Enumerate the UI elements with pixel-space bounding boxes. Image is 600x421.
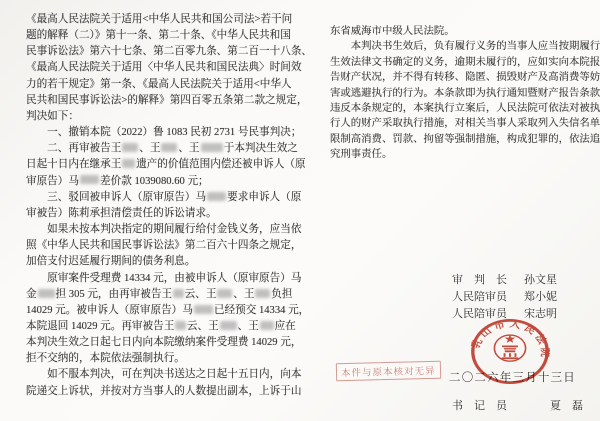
text-line: 《最高人民法院关于适用<中华人民共和国公司法>若干问 [26,12,318,28]
juror-name: 郑小妮 [524,288,557,304]
redaction-smudge [260,321,274,330]
text-line: 三、驳回被申诉人（原审原告）马要求申诉人（原 [26,190,318,206]
text-line: 限制高消费、罚款、拘留等强制措施，构成犯罪的，依法追 [330,132,598,147]
court-seal-icon: 乳山市人民法院 [470,318,550,385]
text-line: 力的若干规定》第一条、《最高人民法院关于适用<中华人 [26,77,318,93]
redaction-smudge [207,192,226,201]
text-line: 民共和国民事诉讼法>的解释》第四百零五条第二款之规定， [26,93,318,109]
text-line: 民事诉讼法》第六十七条、第二百零九条、第二百一十八条、 [26,44,318,60]
redaction-smudge [175,321,186,330]
redaction-smudge [173,289,184,298]
text-line: 14029 元。被申诉人（原审原告）马已经预交 14334 元， [26,303,318,319]
text-line: 审被告）陈莉承担清偿责任的诉讼请求。 [26,206,318,222]
text-line: 害或逃避执行的行为。本条款即为执行通知暨财产报告条款， [330,86,598,101]
text-line: 《最高人民法院关于适用〈中华人民共和国民法典〉时间效 [26,60,318,76]
juror-row: 人民陪审员郑小妮 [452,288,592,304]
left-page-text: 《最高人民法院关于适用<中华人民共和国公司法>若干问题的解释（二）》第十一条、第… [26,12,318,400]
redaction-smudge [255,289,270,298]
redaction-smudge [220,321,237,330]
text-line: 如果未按本判决指定的期间履行给付金钱义务，应当依 [26,222,318,238]
text-line: 日起十日内在继承王遗产的价值范围内偿还被申诉人（原 [26,157,318,173]
judge-row: 审 判 长孙文星 [452,271,592,287]
redaction-smudge [80,175,99,184]
redaction-smudge [122,159,135,168]
redaction-smudge [194,305,213,314]
text-line: 二、再审被告王、王、王于本判决生效之 [26,141,318,157]
redaction-smudge [217,289,232,298]
clerk-role: 书 记 员 [452,400,507,412]
judge-name: 孙文星 [524,271,557,287]
text-line: 告财产状况，并不得有转移、隐匿、损毁财产及高消费等妨 [330,70,598,85]
text-line: 照《中华人民共和国民事诉讼法》第二百六十四条之规定， [26,238,318,254]
text-line: 加倍支付迟延履行期间的债务利息。 [26,254,318,270]
text-line: 本判决生效之日起七日内向本院缴纳案件受理费 14029 元， [26,335,318,351]
text-line: 生效法律文书确定的义务，逾期未履行的，应如实向本院报 [330,55,598,70]
text-line: 本判决书生效后，负有履行义务的当事人应当按期履行 [330,39,598,54]
judgment-scan: 《最高人民法院关于适用<中华人民共和国公司法>若干问题的解释（二）》第十一条、第… [0,0,600,421]
text-line: 原审案件受理费 14334 元，由被申诉人（原审原告）马 [26,271,318,287]
clerk-name: 夏 磊 [550,400,583,412]
text-line: 审原告）马差价款 1039080.60 元； [26,174,318,190]
redaction-smudge [38,289,55,298]
text-line: 行人的财产采取执行措施，对相关当事人采取列入失信名单、 [330,116,598,131]
judge-role: 审 判 长 [452,271,524,287]
redaction-smudge [122,143,138,152]
verification-stamp: 本件与原本核对无异 [336,361,441,382]
redaction-smudge [201,143,223,152]
text-line: 拒不交纳的，本院依法强制执行。 [26,351,318,367]
text-line: 院递交上诉状，并按对方当事人的人数提出副本，上诉于山 [26,384,318,400]
text-line: 如不服本判决，可在判决书送达之日起十五日内，向本 [26,367,318,383]
text-line: 判决如下： [26,109,318,125]
text-line: 题的解释（二）》第十一条、第二十条、《中华人民共和国 [26,28,318,44]
text-line: 本院退回 14029 元。再审被告王云、王、王应在 [26,319,318,335]
right-page-text: 东省威海市中级人民法院。 本判决书生效后，负有履行义务的当事人应当按期履行生效法… [330,24,598,163]
text-line: 违反本条规定的，本案执行立案后，人民法院可依法对被执 [330,101,598,116]
national-emblem-icon [502,334,519,359]
text-line: 一、撤销本院（2022）鲁 1083 民初 2731 号民事判决； [26,125,318,141]
clerk-row: 书 记 员夏 磊 [452,397,583,413]
left-page: 《最高人民法院关于适用<中华人民共和国公司法>若干问题的解释（二）》第十一条、第… [0,0,320,421]
text-line: 究刑事责任。 [330,147,598,162]
text-line: 金担 305 元，由再审被告王云、王、王负担 [26,287,318,303]
text-line: 东省威海市中级人民法院。 [330,24,598,39]
juror-role: 人民陪审员 [452,288,524,304]
redaction-smudge [161,143,177,152]
